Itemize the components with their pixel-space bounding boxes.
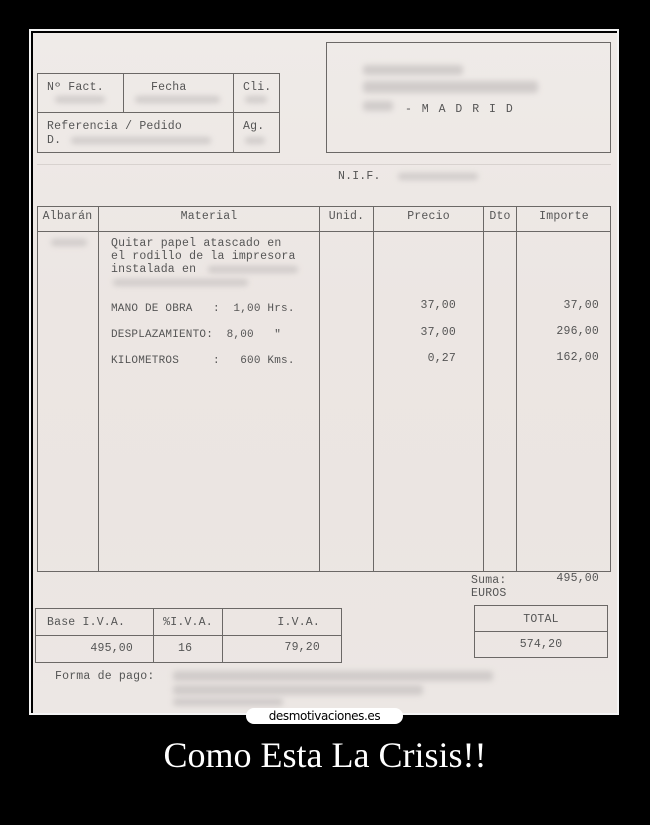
iva-base-value: 495,00	[35, 642, 133, 655]
redacted-client	[245, 96, 267, 103]
iva-percent-value: 16	[178, 642, 192, 655]
row-precio: 37,00	[374, 326, 456, 339]
description-line1: Quitar papel atascado en	[111, 237, 281, 250]
nif-label: N.I.F.	[338, 170, 381, 183]
redacted-payment-line2	[173, 685, 423, 695]
col-header-unid: Unid.	[320, 210, 373, 223]
address-city: - M A D R I D	[405, 103, 514, 116]
total-label: TOTAL	[474, 613, 608, 626]
invoice-photo: Nº Fact. Fecha Cli. Referencia / Pedido …	[33, 33, 617, 713]
row-importe: 162,00	[517, 351, 599, 364]
agent-label: Ag.	[243, 120, 264, 133]
row-precio: 0,27	[374, 352, 456, 365]
row-material: DESPLAZAMIENTO: 8,00 "	[111, 329, 281, 342]
col-header-precio: Precio	[374, 210, 483, 223]
invoice-number-label: Nº Fact.	[47, 81, 104, 94]
poster-caption: Como Esta La Crisis!!	[0, 730, 650, 780]
site-watermark: desmotivaciones.es	[246, 708, 403, 724]
row-importe: 37,00	[517, 299, 599, 312]
description-line3: instalada en	[111, 263, 196, 276]
row-material: MANO DE OBRA : 1,00 Hrs.	[111, 303, 295, 316]
date-label: Fecha	[151, 81, 187, 94]
reference-label: Referencia / Pedido	[47, 120, 182, 133]
description-line2: el rodillo de la impresora	[111, 250, 296, 263]
iva-amount-value: 79,20	[223, 641, 320, 654]
redacted-reference	[71, 137, 211, 144]
row-material: KILOMETROS : 600 Kms.	[111, 355, 295, 368]
col-header-material: Material	[99, 210, 319, 223]
client-label: Cli.	[243, 81, 271, 94]
iva-amount-header: I.V.A.	[223, 616, 320, 629]
redacted-payment-line1	[173, 671, 493, 681]
suma-label: Suma:	[471, 574, 507, 587]
redacted-location-2	[113, 279, 248, 286]
iva-percent-header: %I.V.A.	[154, 616, 222, 629]
redacted-address-line3	[363, 101, 393, 111]
redacted-date	[135, 96, 220, 103]
row-importe: 296,00	[517, 325, 599, 338]
redacted-invoice-number	[55, 96, 105, 103]
redacted-address-line1	[363, 65, 463, 75]
col-header-importe: Importe	[517, 210, 611, 223]
iva-base-header: Base I.V.A.	[47, 616, 125, 629]
redacted-albaran	[51, 239, 87, 246]
redacted-address-line2	[363, 81, 538, 93]
redacted-location-1	[208, 266, 298, 273]
redacted-nif	[398, 173, 478, 180]
address-box	[326, 42, 611, 153]
euros-label: EUROS	[471, 587, 507, 600]
redacted-agent	[245, 137, 265, 144]
total-value: 574,20	[474, 638, 608, 651]
reference-line2: D.	[47, 134, 61, 147]
redacted-payment-line3	[173, 698, 283, 706]
payment-method-label: Forma de pago:	[55, 670, 154, 683]
col-header-dto: Dto	[484, 210, 516, 223]
col-header-albaran: Albarán	[37, 210, 98, 223]
row-precio: 37,00	[374, 299, 456, 312]
suma-value: 495,00	[517, 572, 599, 585]
